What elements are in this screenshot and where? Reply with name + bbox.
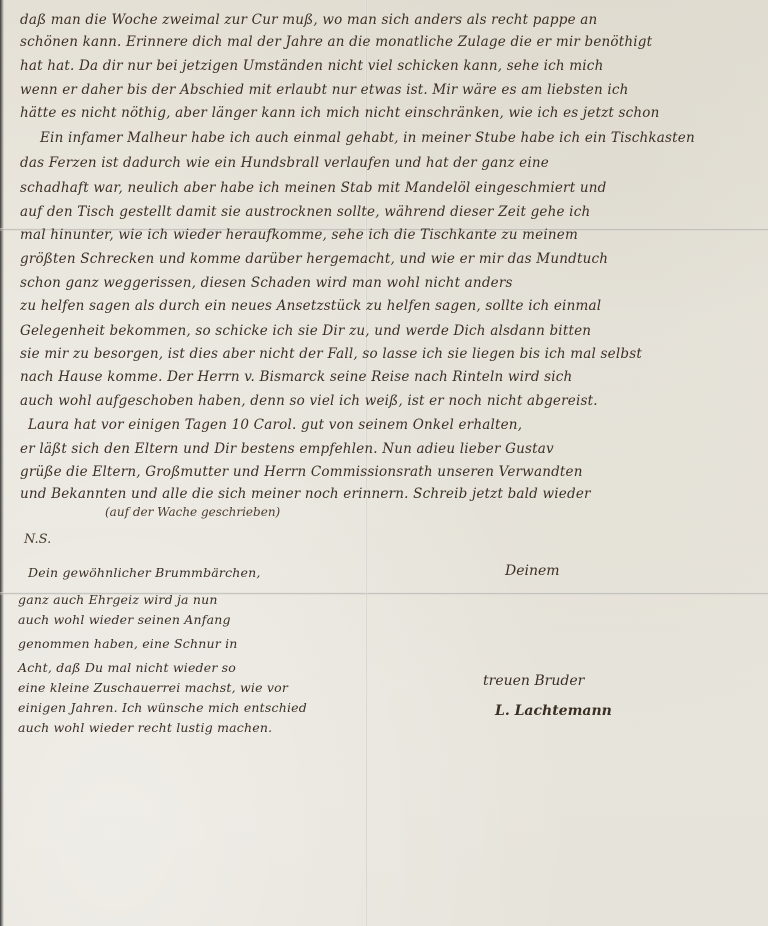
paper-edge-shadow — [0, 0, 4, 926]
body-line: und Bekannten und alle die sich meiner n… — [20, 486, 591, 502]
body-line: daß man die Woche zweimal zur Cur muß, w… — [20, 12, 597, 28]
body-line: Laura hat vor einigen Tagen 10 Carol. gu… — [28, 417, 522, 433]
body-line: schadhaft war, neulich aber habe ich mei… — [20, 180, 606, 196]
signature-name: L. Lachtemann — [495, 703, 612, 719]
postscript-line: Acht, daß Du mal nicht wieder so — [18, 660, 236, 675]
signature-closing: treuen Bruder — [483, 673, 584, 689]
body-line: schönen kann. Erinnere dich mal der Jahr… — [20, 34, 652, 50]
body-line: wenn er daher bis der Abschied mit erlau… — [20, 82, 629, 98]
postscript-line: eine kleine Zuschauerrei machst, wie vor — [18, 680, 288, 695]
parenthetical-note: (auf der Wache geschrieben) — [105, 505, 280, 519]
postscript-line: auch wohl wieder recht lustig machen. — [18, 720, 272, 735]
body-line: nach Hause komme. Der Herrn v. Bismarck … — [20, 369, 572, 385]
body-line: Gelegenheit bekommen, so schicke ich sie… — [20, 323, 591, 339]
postscript-line: einigen Jahren. Ich wünsche mich entschi… — [18, 700, 307, 715]
body-line: hat hat. Da dir nur bei jetzigen Umständ… — [20, 58, 603, 74]
body-line: grüße die Eltern, Großmutter und Herrn C… — [20, 464, 583, 480]
body-line: zu helfen sagen als durch ein neues Anse… — [20, 298, 601, 314]
postscript-line: Dein gewöhnlicher Brummbärchen, — [28, 565, 261, 580]
body-line: er läßt sich den Eltern und Dir bestens … — [20, 441, 554, 457]
postscript-label: N.S. — [24, 532, 51, 547]
body-line: schon ganz weggerissen, diesen Schaden w… — [20, 275, 513, 291]
letter-page: daß man die Woche zweimal zur Cur muß, w… — [0, 0, 768, 926]
postscript-line: auch wohl wieder seinen Anfang — [18, 612, 231, 627]
body-line: mal hinunter, wie ich wieder heraufkomme… — [20, 227, 578, 243]
body-line: Ein infamer Malheur habe ich auch einmal… — [40, 130, 695, 146]
closing-word: Deinem — [505, 563, 560, 579]
postscript-line: genommen haben, eine Schnur in — [18, 636, 238, 651]
body-line: das Ferzen ist dadurch wie ein Hundsbral… — [20, 155, 549, 171]
body-line: auch wohl aufgeschoben haben, denn so vi… — [20, 393, 598, 409]
body-line: auf den Tisch gestellt damit sie austroc… — [20, 204, 590, 220]
postscript-line: ganz auch Ehrgeiz wird ja nun — [18, 592, 218, 607]
body-line: sie mir zu besorgen, ist dies aber nicht… — [20, 346, 642, 362]
body-line: hätte es nicht nöthig, aber länger kann … — [20, 105, 660, 121]
body-line: größten Schrecken und komme darüber herg… — [20, 251, 608, 267]
